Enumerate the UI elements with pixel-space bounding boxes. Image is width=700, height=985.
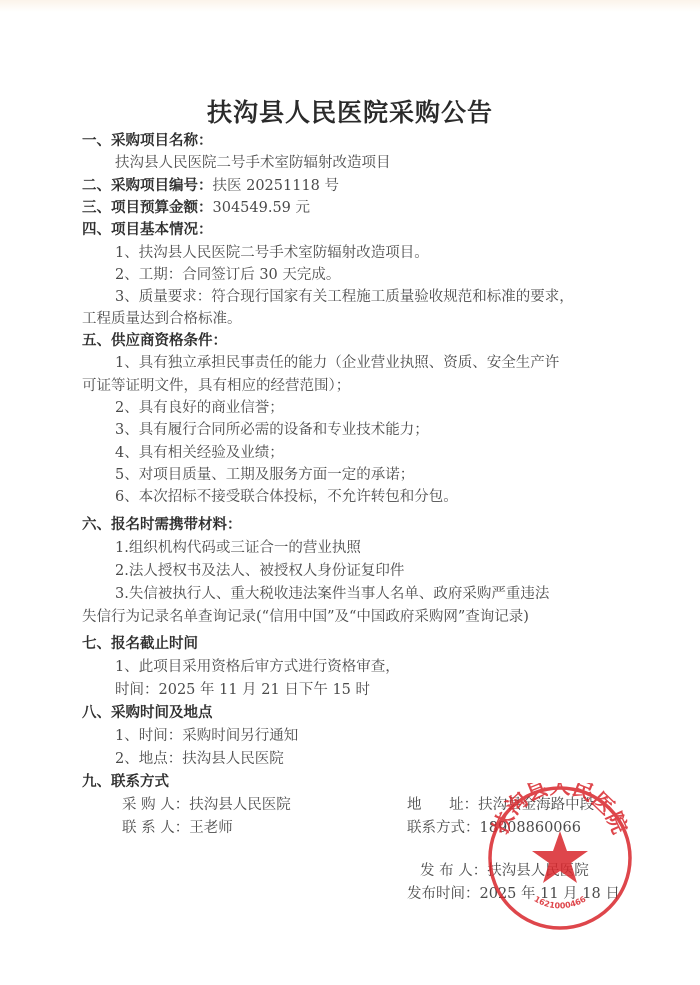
list-item: 1、扶沟县人民医院二号手术室防辐射改造项目。 (115, 243, 429, 263)
section-6-heading: 六、报名时需携带材料： (82, 515, 242, 535)
list-item: 2、工期：合同签订后 30 天完成。 (115, 265, 340, 285)
section-5-heading: 五、供应商资格条件： (82, 331, 227, 351)
contact-person: 联 系 人：王老师 (122, 818, 233, 838)
list-item: 1、此项目采用资格后审方式进行资格审查， (115, 657, 400, 677)
deadline-time: 时间：2025 年 11 月 21 日下午 15 时 (115, 680, 370, 700)
section-3-heading: 三、项目预算金额： (82, 200, 213, 216)
section-2: 二、采购项目编号：扶医 20251118 号 (82, 176, 339, 196)
list-item: 2.法人授权书及法人、被授权人身份证复印件 (115, 561, 404, 581)
seal-text: 扶沟县人民医院 (488, 783, 632, 837)
project-number: 扶医 20251118 号 (213, 178, 340, 194)
list-item: 1、具有独立承担民事责任的能力（企业营业执照、资质、安全生产许 (115, 353, 559, 373)
list-item: 5、对项目质量、工期及服务方面一定的承诺； (115, 465, 414, 485)
section-8-heading: 八、采购时间及地点 (82, 703, 213, 723)
section-1-heading: 一、采购项目名称： (82, 131, 213, 151)
list-item: 1.组织机构代码或三证合一的营业执照 (115, 538, 361, 558)
purchaser: 采 购 人：扶沟县人民医院 (122, 795, 291, 815)
section-2-heading: 二、采购项目编号： (82, 178, 213, 194)
list-item: 2、地点：扶沟县人民医院 (115, 749, 284, 769)
list-item: 失信行为记录名单查询记录(“信用中国”及“中国政府采购网”查询记录) (82, 607, 529, 627)
list-item: 可证等证明文件，具有相应的经营范围）； (82, 376, 350, 396)
list-item: 4、具有相关经验及业绩； (115, 443, 284, 463)
star-icon (532, 831, 588, 883)
list-item: 工程质量达到合格标准。 (82, 309, 242, 329)
section-9-heading: 九、联系方式 (82, 772, 169, 792)
list-item: 2、具有良好的商业信誉； (115, 398, 284, 418)
official-seal-stamp: 扶沟县人民医院 1621000466 (485, 783, 635, 933)
list-item: 3.失信被执行人、重大税收违法案件当事人名单、政府采购严重违法 (115, 584, 549, 604)
seal-code: 1621000466 (533, 894, 588, 910)
list-item: 3、具有履行合同所必需的设备和专业技术能力； (115, 420, 429, 440)
document-title: 扶沟县人民医院采购公告 (0, 93, 700, 129)
section-3: 三、项目预算金额：304549.59 元 (82, 198, 310, 218)
budget-amount: 304549.59 元 (213, 200, 311, 216)
list-item: 3、质量要求：符合现行国家有关工程施工质量验收规范和标准的要求， (115, 287, 574, 307)
section-4-heading: 四、项目基本情况： (82, 220, 213, 240)
list-item: 6、本次招标不接受联合体投标，不允许转包和分包。 (115, 487, 458, 507)
section-7-heading: 七、报名截止时间 (82, 634, 198, 654)
project-name: 扶沟县人民医院二号手术室防辐射改造项目 (115, 153, 391, 173)
page-edge (0, 0, 700, 12)
list-item: 1、时间：采购时间另行通知 (115, 726, 298, 746)
